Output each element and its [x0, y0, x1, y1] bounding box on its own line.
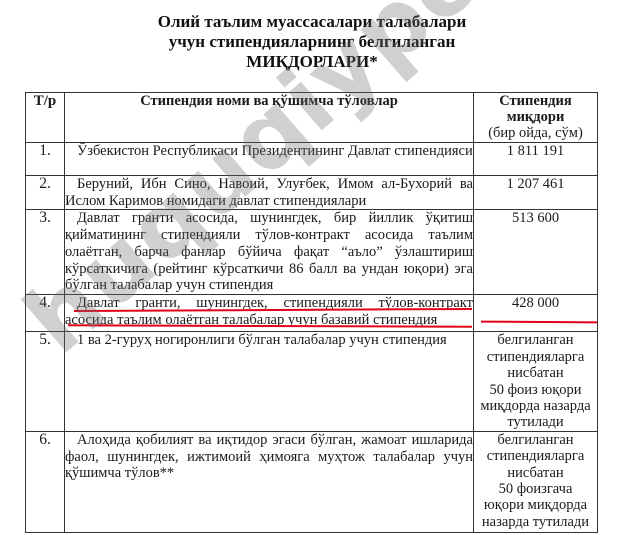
header-number: Т/р: [26, 93, 65, 143]
title-line-1: Олий таълим муассасалари талабалари: [0, 12, 624, 32]
table-row: 6. Алоҳида қобилият ва иқтидор эгаси бўл…: [26, 431, 598, 532]
row-number: 1.: [26, 143, 65, 176]
table-row: 3. Давлат гранти асосида, шунингдек, бир…: [26, 210, 598, 295]
row-number: 5.: [26, 332, 65, 431]
row-number: 4.: [26, 295, 65, 332]
header-amount-line1: Стипендия: [474, 93, 597, 109]
row-amount: 1 811 191: [474, 143, 598, 176]
row-number: 6.: [26, 431, 65, 532]
row-amount-line: нисбатан: [474, 465, 597, 481]
row-amount-line: назарда тутилади: [474, 514, 597, 530]
table-row: 1. Ўзбекистон Республикаси Президентинин…: [26, 143, 598, 176]
row-description-text: Беруний, Ибн Сино, Навоий, Улуғбек, Имом…: [65, 176, 473, 209]
table-row: 5. 1 ва 2-гуруҳ ногиронлиги бўлган талаб…: [26, 332, 598, 431]
header-amount: Стипендия миқдори (бир ойда, сўм): [474, 93, 598, 143]
row-amount-line: 50 фоиз юқори: [474, 382, 597, 398]
row-description-text: Давлат гранти асосида, шунингдек, бир йи…: [65, 210, 473, 294]
row-number: 2.: [26, 176, 65, 210]
row-amount-line: белгиланган: [474, 332, 597, 348]
header-amount-line2: миқдори: [474, 109, 597, 125]
row-description: Давлат гранти асосида, шунингдек, бир йи…: [65, 210, 474, 295]
row-amount: 513 600: [474, 210, 598, 295]
row-amount: 428 000: [474, 295, 598, 332]
title-line-3: МИҚДОРЛАРИ*: [0, 52, 624, 72]
row-amount-line: тутилади: [474, 414, 597, 430]
row-number: 3.: [26, 210, 65, 295]
header-amount-line3: (бир ойда, сўм): [474, 125, 597, 141]
row-amount: 1 207 461: [474, 176, 598, 210]
table-row: 2. Беруний, Ибн Сино, Навоий, Улуғбек, И…: [26, 176, 598, 210]
row-description-text: 1 ва 2-гуруҳ ногиронлиги бўлган талабала…: [65, 332, 473, 349]
stipend-table: Т/р Стипендия номи ва қўшимча тўловлар С…: [25, 92, 598, 533]
row-description-text: Ўзбекистон Республикаси Президентининг Д…: [65, 143, 473, 160]
row-description-text: Алоҳида қобилият ва иқтидор эгаси бўлган…: [65, 432, 473, 482]
row-amount-line: 50 фоизгача: [474, 481, 597, 497]
table-header-row: Т/р Стипендия номи ва қўшимча тўловлар С…: [26, 93, 598, 143]
document-title: Олий таълим муассасалари талабалари учун…: [0, 12, 624, 72]
row-description: Ўзбекистон Республикаси Президентининг Д…: [65, 143, 474, 176]
row-amount-line: стипендияларга: [474, 448, 597, 464]
row-description: 1 ва 2-гуруҳ ногиронлиги бўлган талабала…: [65, 332, 474, 431]
row-description: Алоҳида қобилият ва иқтидор эгаси бўлган…: [65, 431, 474, 532]
row-amount-line: стипендияларга: [474, 349, 597, 365]
title-line-2: учун стипендияларнинг белгиланган: [0, 32, 624, 52]
row-amount-line: нисбатан: [474, 365, 597, 381]
row-amount: белгиланган стипендияларга нисбатан 50 ф…: [474, 431, 598, 532]
row-amount-line: белгиланган: [474, 432, 597, 448]
row-amount-line: миқдорда назарда: [474, 398, 597, 414]
row-amount: белгиланган стипендияларга нисбатан 50 ф…: [474, 332, 598, 431]
row-amount-line: юқори миқдорда: [474, 497, 597, 513]
header-name: Стипендия номи ва қўшимча тўловлар: [65, 93, 474, 143]
row-description: Беруний, Ибн Сино, Навоий, Улуғбек, Имом…: [65, 176, 474, 210]
